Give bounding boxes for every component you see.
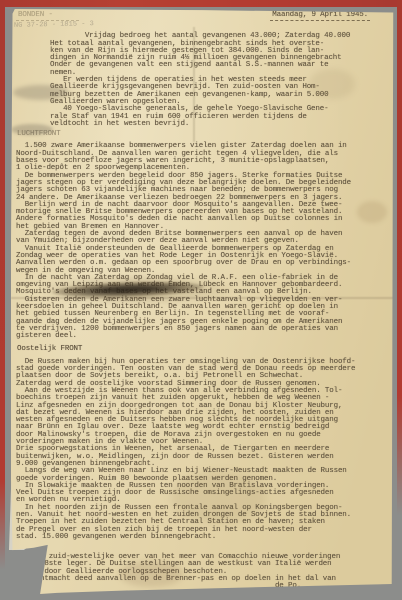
smudge-heading	[11, 124, 53, 135]
document-page: NG 37-28 - 1815 - 3 BONDEN - Maandag, 9 …	[11, 9, 394, 594]
masthead-title: BONDEN -	[16, 12, 79, 21]
date-line: Maandag, 9 April 1945.	[270, 12, 370, 21]
scanned-news-bulletin: NG 37-28 - 1815 - 3 BONDEN - Maandag, 9 …	[0, 0, 402, 600]
stain-right	[357, 201, 387, 223]
masthead: BONDEN - Maandag, 9 April 1945.	[16, 12, 388, 21]
red-frame-top	[0, 0, 402, 7]
section-luchtfront-text: 1.500 zware Amerikaanse bommenwerpers vi…	[16, 143, 388, 340]
stain-bottom	[119, 561, 183, 587]
stain-top-right	[309, 69, 355, 99]
heading-oostelijk-front: Oostelijk FRONT	[16, 346, 388, 353]
horizontal-crease	[11, 297, 394, 299]
heading-luchtfront: LUCHTFRONT	[16, 131, 388, 138]
red-frame-left	[0, 0, 5, 600]
section-bottom-fragment-text: e zuid-westelijke oever van het meer van…	[16, 554, 384, 590]
smudge-left-margin	[13, 85, 69, 100]
vertical-crease	[193, 27, 195, 142]
stain-center-bottom	[171, 471, 266, 523]
red-frame-right	[397, 0, 402, 600]
section-west-front-text: Vrijdag bedroeg het aantal gevangenen 43…	[16, 33, 356, 128]
